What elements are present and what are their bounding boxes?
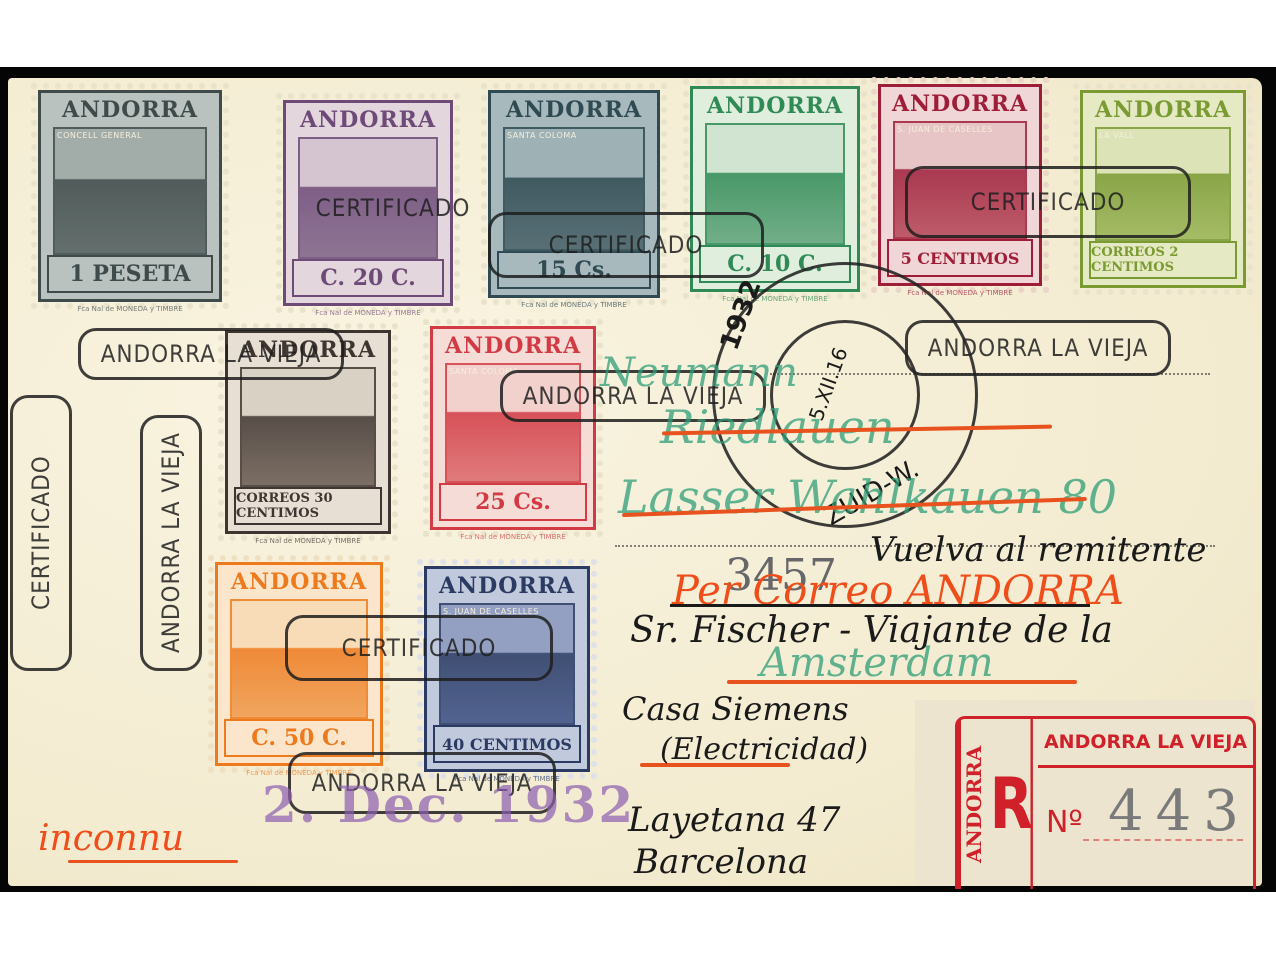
crossed-destination: Per Correo ANDORRA	[672, 568, 1124, 614]
stamp-country: ANDORRA	[433, 333, 593, 359]
stamp-imprint: Fca Nal de MONEDA y TIMBRE	[228, 537, 388, 545]
stamp-value: CORREOS 2 CENTIMOS	[1089, 241, 1237, 279]
registration-country: ANDORRA	[958, 719, 987, 889]
green-address-line-3: Lasser Wahlkauen 80	[618, 470, 1117, 524]
cancel-text: ANDORRA LA VIEJA	[157, 433, 185, 654]
stamp-country: ANDORRA	[1083, 97, 1243, 123]
street-line: Layetana 47	[628, 800, 840, 840]
strike-line	[670, 604, 1090, 607]
cancel-office-left: ANDORRA LA VIEJA	[78, 328, 344, 380]
stamp-value: 5 CENTIMOS	[887, 239, 1033, 277]
stamp-place: LA VALL	[1099, 131, 1135, 140]
stamp-value: 1 PESETA	[47, 255, 213, 293]
stamp-country: ANDORRA	[693, 93, 857, 119]
strike-line	[727, 680, 1077, 684]
registration-number-line	[1083, 839, 1243, 841]
registration-letter: R	[992, 719, 1033, 889]
stamp-country: ANDORRA	[286, 107, 450, 133]
stamp-imprint: Fca Nal de MONEDA y TIMBRE	[491, 301, 657, 309]
stamp-25c: ANDORRA SANTA COLOMA 25 Cs. Fca Nal de M…	[430, 326, 596, 530]
registration-number: 443	[1108, 779, 1251, 844]
company-note-line: (Electricidad)	[660, 732, 868, 767]
stamp-country: ANDORRA	[41, 97, 219, 123]
registration-number-prefix: Nº	[1046, 805, 1083, 840]
stamp-imprint: Fca Nal de MONEDA y TIMBRE	[41, 305, 219, 313]
stamp-place: SANTA COLOMA	[507, 131, 577, 140]
stamp-1-peseta: ANDORRA CONCELL GENERAL 1 PESETA Fca Nal…	[38, 90, 222, 302]
stamp-country: ANDORRA	[427, 573, 587, 599]
stamp-country: ANDORRA	[218, 569, 380, 595]
cancel-text: CERTIFICADO	[342, 634, 497, 662]
company-line: Casa Siemens	[622, 690, 849, 728]
city-line: Barcelona	[634, 842, 808, 882]
cancel-certificado-vertical: CERTIFICADO	[10, 395, 72, 671]
cancel-text: CERTIFICADO	[549, 231, 704, 259]
stamp-country: ANDORRA	[491, 97, 657, 123]
addressee-line: Sr. Fischer - Viajante de la	[630, 610, 1113, 651]
underline	[68, 860, 238, 863]
cancel-text: CERTIFICADO	[316, 194, 471, 222]
return-to-sender-note: Vuelva al remitente	[870, 530, 1206, 570]
cancel-text: CERTIFICADO	[971, 188, 1126, 216]
green-address-line-1: Neumann	[600, 350, 798, 396]
inconnu-note: inconnu	[38, 818, 184, 859]
cancel-certificado-center: CERTIFICADO	[488, 212, 764, 278]
stamp-vignette	[240, 367, 376, 487]
stamp-value: 25 Cs.	[439, 483, 587, 521]
cancel-text: CERTIFICADO	[27, 456, 55, 611]
cancel-text: ANDORRA LA VIEJA	[101, 340, 322, 368]
registration-label: ANDORRA R ANDORRA LA VIEJA Nº 443	[915, 700, 1255, 886]
stamp-country: ANDORRA	[881, 91, 1039, 117]
registration-office: ANDORRA LA VIEJA	[1038, 719, 1253, 768]
stamp-imprint: Fca Nal de MONEDA y TIMBRE	[433, 533, 593, 541]
stamp-place: CONCELL GENERAL	[57, 131, 142, 140]
stamp-value: C. 20 C.	[292, 259, 444, 297]
registration-box: ANDORRA R ANDORRA LA VIEJA Nº 443	[955, 716, 1256, 889]
date-handstamp: 2. Dec. 1932	[262, 775, 635, 834]
stamp-value: CORREOS 30 CENTIMOS	[234, 487, 382, 525]
cancel-certificado-bottom: CERTIFICADO	[285, 615, 553, 681]
cancel-certificado-right: CERTIFICADO	[905, 166, 1191, 238]
stamp-place: S. JUAN DE CASELLES	[897, 125, 993, 134]
cancel-office-vertical: ANDORRA LA VIEJA	[140, 415, 202, 671]
stamp-imprint: Fca Nal de MONEDA y TIMBRE	[286, 309, 450, 317]
stamp-vignette	[53, 127, 207, 255]
